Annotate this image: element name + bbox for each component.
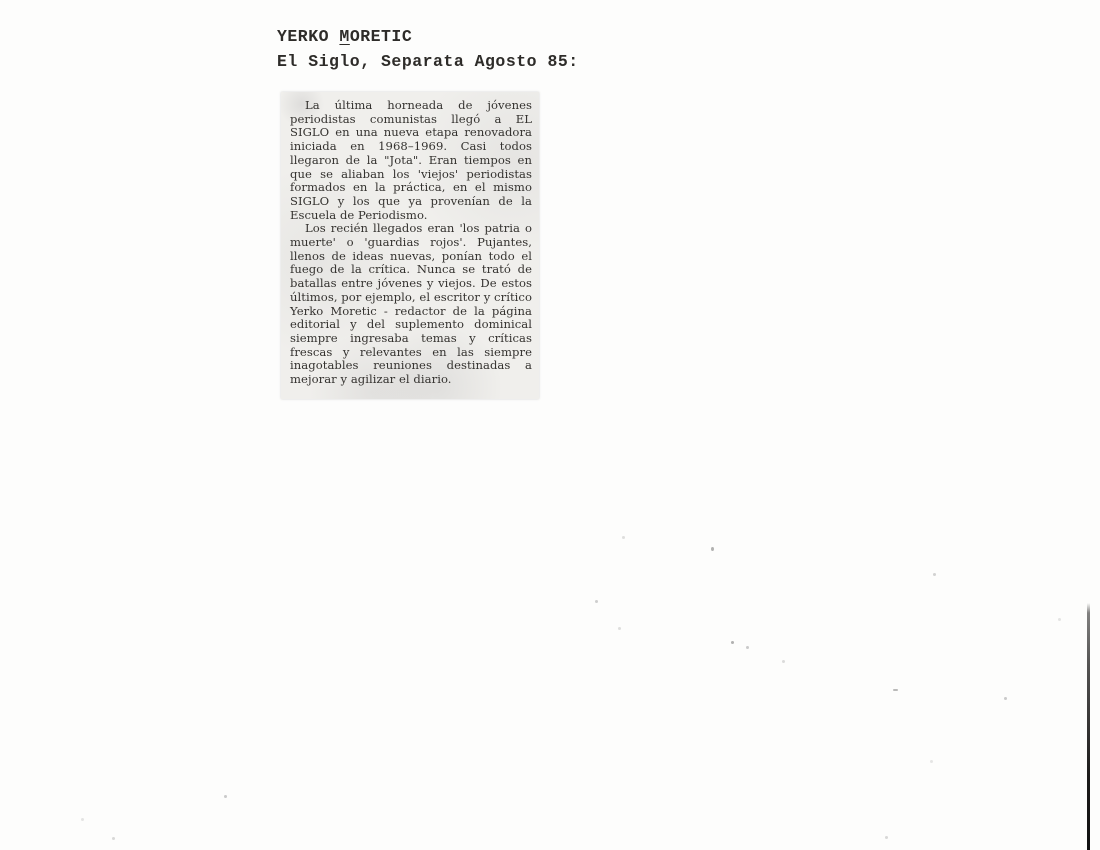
scan-speck (746, 646, 749, 649)
heading-source-line: El Siglo, Separata Agosto 85: (277, 49, 579, 74)
scan-speck (885, 836, 888, 839)
scan-speck (930, 760, 933, 763)
scan-speck (224, 795, 227, 798)
scanned-document-page: YERKO MORETIC El Siglo, Separata Agosto … (0, 0, 1100, 850)
scan-speck (933, 573, 936, 576)
scan-speck (1004, 697, 1007, 700)
clipping-paragraph: Los recién llegados eran 'los patria o m… (290, 222, 532, 386)
scan-speck (1058, 618, 1061, 621)
scan-speck (622, 536, 625, 539)
scan-speck (893, 689, 898, 691)
heading-author-rest: ORETIC (350, 27, 412, 46)
scan-speck (595, 600, 598, 603)
scan-speck (782, 660, 785, 663)
clipping-paragraph: La última horneada de jóvenes periodista… (290, 99, 532, 222)
scan-speck (618, 627, 621, 630)
heading-author-underlined-letter: M (339, 27, 349, 46)
scan-speck (711, 547, 714, 551)
typewritten-heading: YERKO MORETIC El Siglo, Separata Agosto … (277, 24, 579, 74)
scan-edge-artifact-line (1087, 603, 1090, 850)
scan-speck (112, 837, 115, 840)
scan-speck (731, 641, 734, 644)
newspaper-clipping: La última horneada de jóvenes periodista… (281, 92, 539, 399)
heading-author-pre: YERKO (277, 27, 339, 46)
scan-speck (81, 818, 84, 821)
heading-author-line: YERKO MORETIC (277, 24, 579, 49)
